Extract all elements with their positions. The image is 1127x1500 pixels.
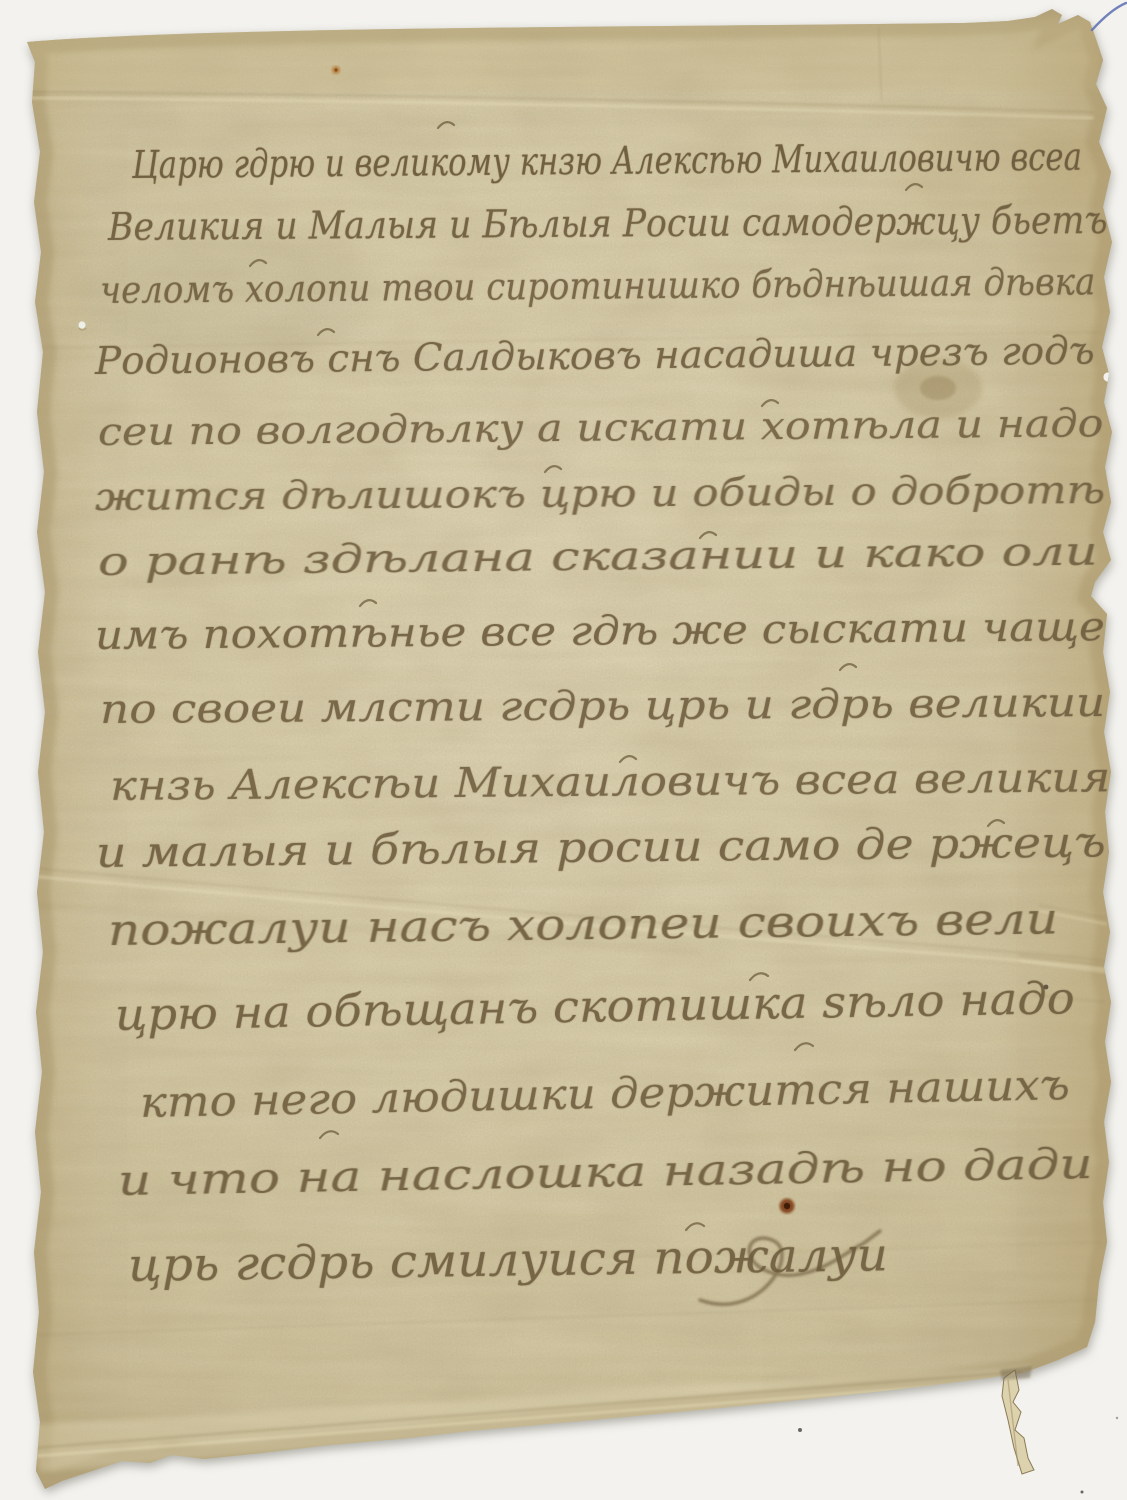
handwritten-line-9: по своеи млсти гсдрь црь и гдрь великии	[100, 683, 1106, 730]
handwritten-line-10: кнзь Алексѣи Михаиловичъ всеа великия	[110, 757, 1111, 807]
handwritten-line-3: челомъ холопи твои сиротинишко бѣднѣишая…	[100, 263, 1096, 309]
handwritten-line-14: кто него людишки держится нашихъ	[140, 1064, 1071, 1124]
handwritten-line-11: и малыя и бѣлыя росии само де ржецъ	[96, 821, 1106, 874]
handwritten-line-5: сеи по волгодѣлку а искати хотѣла и надо	[98, 404, 1104, 451]
handwritten-line-8: имъ похотѣнье все гдѣ же сыскати чаще	[95, 607, 1105, 656]
handwritten-line-13: црю на обѣщанъ скотишка ѕѣло надо	[115, 977, 1075, 1038]
handwritten-line-6: жится дѣлишокъ црю и обиды о добротѣ	[95, 471, 1105, 516]
handwritten-line-15: и что на наслошка назадѣ но дади	[118, 1143, 1093, 1202]
handwritten-line-2: Великия и Малыя и Бѣлыя Росии самодержцу…	[108, 201, 1108, 246]
manuscript-scan: Царю гдрю и великому кнзю Алексѣю Михаил…	[0, 0, 1127, 1500]
manuscript-text-layer: Царю гдрю и великому кнзю Алексѣю Михаил…	[0, 0, 1127, 1500]
handwritten-line-16: црь гсдрь смилуися пожалуи	[128, 1231, 889, 1288]
handwritten-line-1: Царю гдрю и великому кнзю Алексѣю Михаил…	[132, 138, 1082, 184]
handwritten-line-4: Родионовъ снъ Салдыковъ насадиша чрезъ г…	[95, 332, 1095, 380]
handwritten-line-7: о ранѣ здѣлана сказании и како оли	[98, 533, 1098, 582]
handwritten-line-12: пожалуи насъ холопеи своихъ вели	[108, 898, 1059, 953]
